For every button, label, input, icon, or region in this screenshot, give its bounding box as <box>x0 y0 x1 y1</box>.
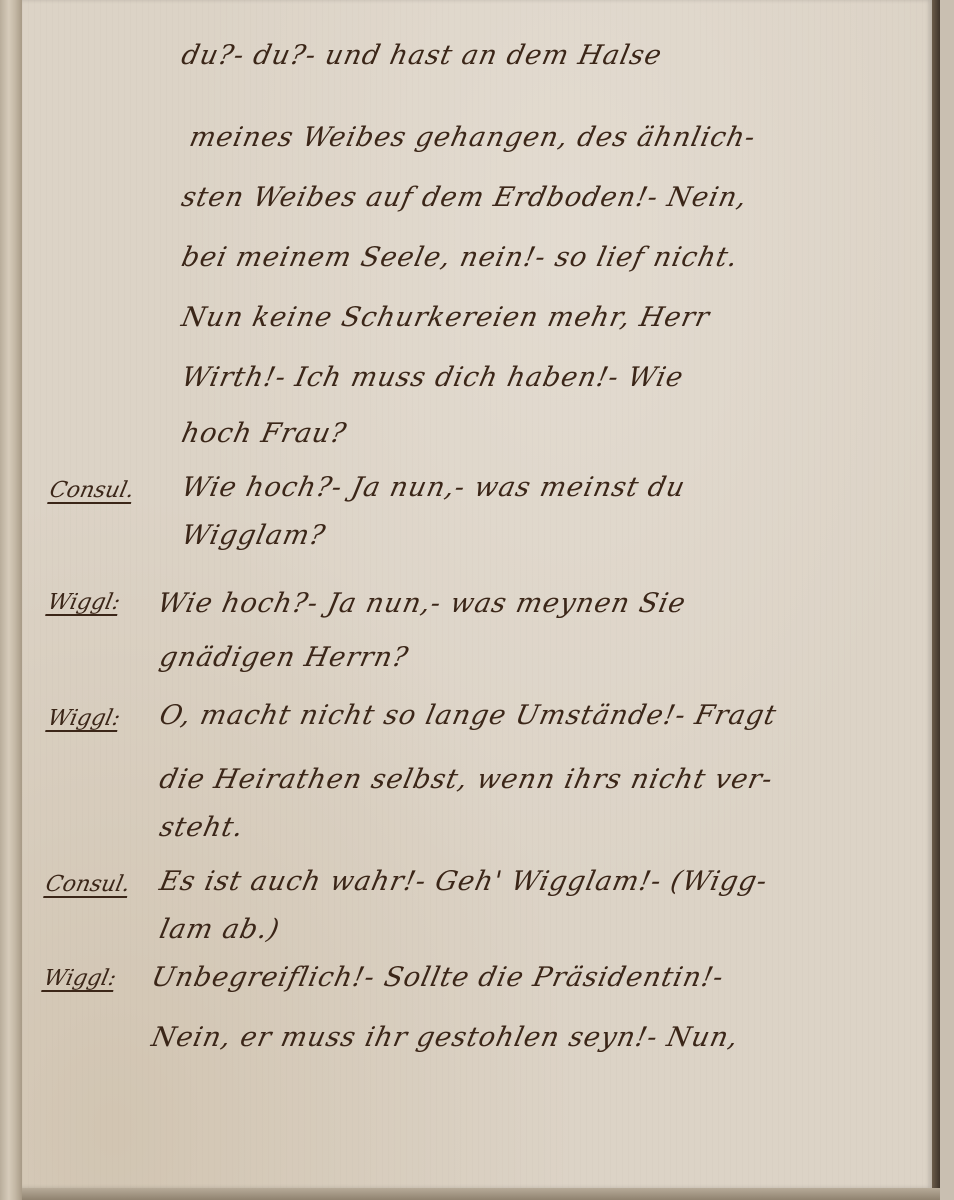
speaker-label: Consul. <box>43 872 132 897</box>
book-bottom-edge <box>22 1188 940 1200</box>
text-line: Es ist auch wahr!‑ Geh' Wigglam!‑ (Wigg- <box>157 866 771 897</box>
text-line: Wigglam? <box>179 520 329 551</box>
text-line: meines Weibes gehangen, des ähnlich- <box>187 122 759 153</box>
page-edge-shadow <box>932 0 940 1200</box>
speaker-label: Wiggl: <box>45 590 122 615</box>
text-line: gnädigen Herrn? <box>157 642 412 673</box>
text-line: Wie hoch?‑ Ja nun,‑ was meinst du <box>179 472 689 503</box>
text-line: sten Weibes auf dem Erdboden!‑ Nein, <box>179 182 750 213</box>
text-line: steht. <box>157 812 247 843</box>
text-line: Unbegreiflich!‑ Sollte die Präsidentin!‑ <box>149 962 727 993</box>
text-line: die Heirathen selbst, wenn ihrs nicht ve… <box>157 764 776 795</box>
text-line: bei meinem Seele, nein!‑ so lief nicht. <box>179 242 742 273</box>
text-line: O, macht nicht so lange Umstände!‑ Fragt <box>157 700 780 731</box>
text-line: Nein, er muss ihr gestohlen seyn!‑ Nun, <box>149 1022 742 1053</box>
text-line: lam ab.) <box>157 914 283 945</box>
adjacent-page-edge <box>940 0 954 1200</box>
speaker-label: Consul. <box>47 478 136 503</box>
text-line: du?‑ du?‑ und hast an dem Halse <box>179 40 665 71</box>
book-binding-left <box>0 0 22 1200</box>
speaker-label: Wiggl: <box>41 966 118 991</box>
text-line: Wirth!‑ Ich muss dich haben!‑ Wie <box>179 362 687 393</box>
speaker-label: Wiggl: <box>45 706 122 731</box>
text-line: hoch Frau? <box>179 418 350 449</box>
handwritten-text: du?‑ du?‑ und hast an dem Halse meines W… <box>22 0 932 1188</box>
text-line: Nun keine Schurkereien mehr, Herr <box>179 302 713 333</box>
manuscript-page: du?‑ du?‑ und hast an dem Halse meines W… <box>22 0 932 1188</box>
text-line: Wie hoch?‑ Ja nun,‑ was meynen Sie <box>155 588 689 619</box>
